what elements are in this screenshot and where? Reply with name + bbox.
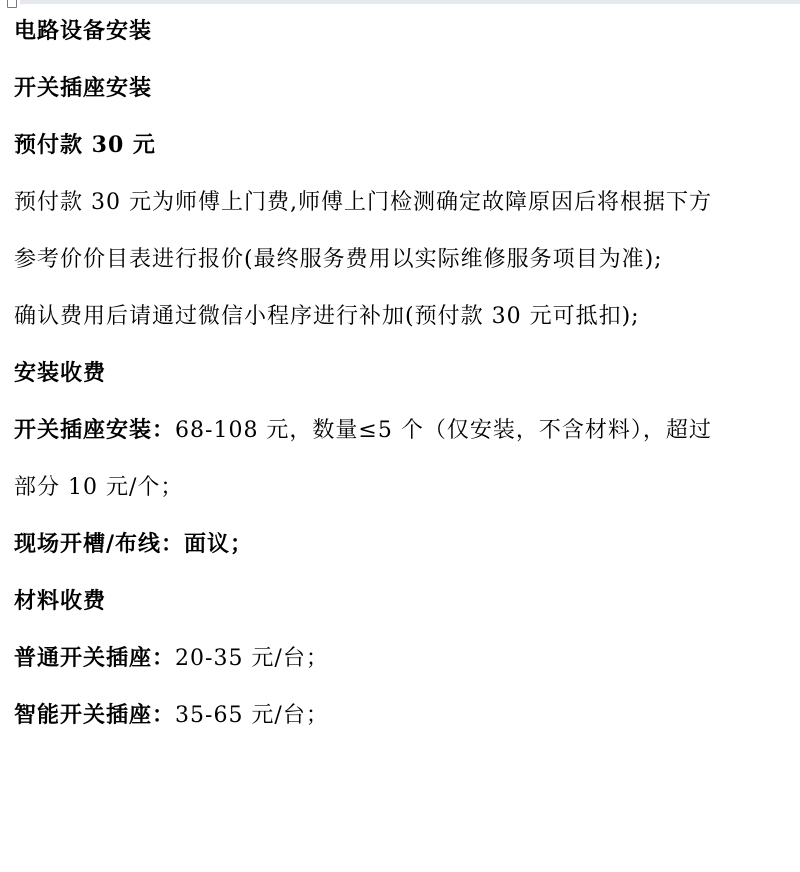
heading-install-fees: 安装收费 [14,345,786,402]
document-body: 电路设备安装 开关插座安装 预付款 30 元 预付款 30 元为师傅上门费,师傅… [0,0,800,744]
line-normal-switch-socket-price: 普通开关插座：20-35 元/台； [14,630,786,687]
line-text: 确认费用后请通过微信小程序进行补加(预付款 30 元可抵扣); [14,304,640,329]
label-text: 开关插座安装： [14,417,175,443]
label-text: 现场开槽/布线：面议； [14,531,253,557]
heading-material-fees: 材料收费 [14,573,786,630]
heading-text: 安装收费 [14,360,106,386]
heading-text: 电路设备安装 [14,18,152,44]
price-text: 35-65 元/台； [175,703,329,728]
line-onsite-slotting-wiring: 现场开槽/布线：面议； [14,516,786,573]
price-text: 20-35 元/台； [175,646,329,671]
checkbox[interactable] [7,0,17,8]
heading-prepayment: 预付款 30 元 [14,117,786,174]
heading-text: 材料收费 [14,588,106,614]
document-page: 电路设备安装 开关插座安装 预付款 30 元 预付款 30 元为师傅上门费,师傅… [0,0,800,872]
line-switch-socket-install-price-cont: 部分 10 元/个； [14,459,786,516]
line-text: 预付款 30 元为师傅上门费,师傅上门检测确定故障原因后将根据下方 [14,190,712,215]
para-prepayment-line-1: 预付款 30 元为师傅上门费,师傅上门检测确定故障原因后将根据下方 [14,174,786,231]
heading-text: 开关插座安装 [14,75,152,101]
para-prepayment-line-2: 参考价价目表进行报价(最终服务费用以实际维修服务项目为准); [14,231,786,288]
heading-text: 预付款 30 元 [14,132,156,158]
label-text: 普通开关插座： [14,645,175,671]
line-smart-switch-socket-price: 智能开关插座：35-65 元/台； [14,687,786,744]
price-text: 部分 10 元/个； [14,475,183,500]
label-text: 智能开关插座： [14,702,175,728]
line-text: 参考价价目表进行报价(最终服务费用以实际维修服务项目为准); [14,247,663,272]
heading-circuit-equipment-install: 电路设备安装 [14,3,786,60]
line-switch-socket-install-price: 开关插座安装：68-108 元，数量≤5 个（仅安装，不含材料），超过 [14,402,786,459]
heading-switch-socket-install: 开关插座安装 [14,60,786,117]
para-prepayment-line-3: 确认费用后请通过微信小程序进行补加(预付款 30 元可抵扣); [14,288,786,345]
price-text: 68-108 元，数量≤5 个（仅安装，不含材料），超过 [175,418,712,443]
